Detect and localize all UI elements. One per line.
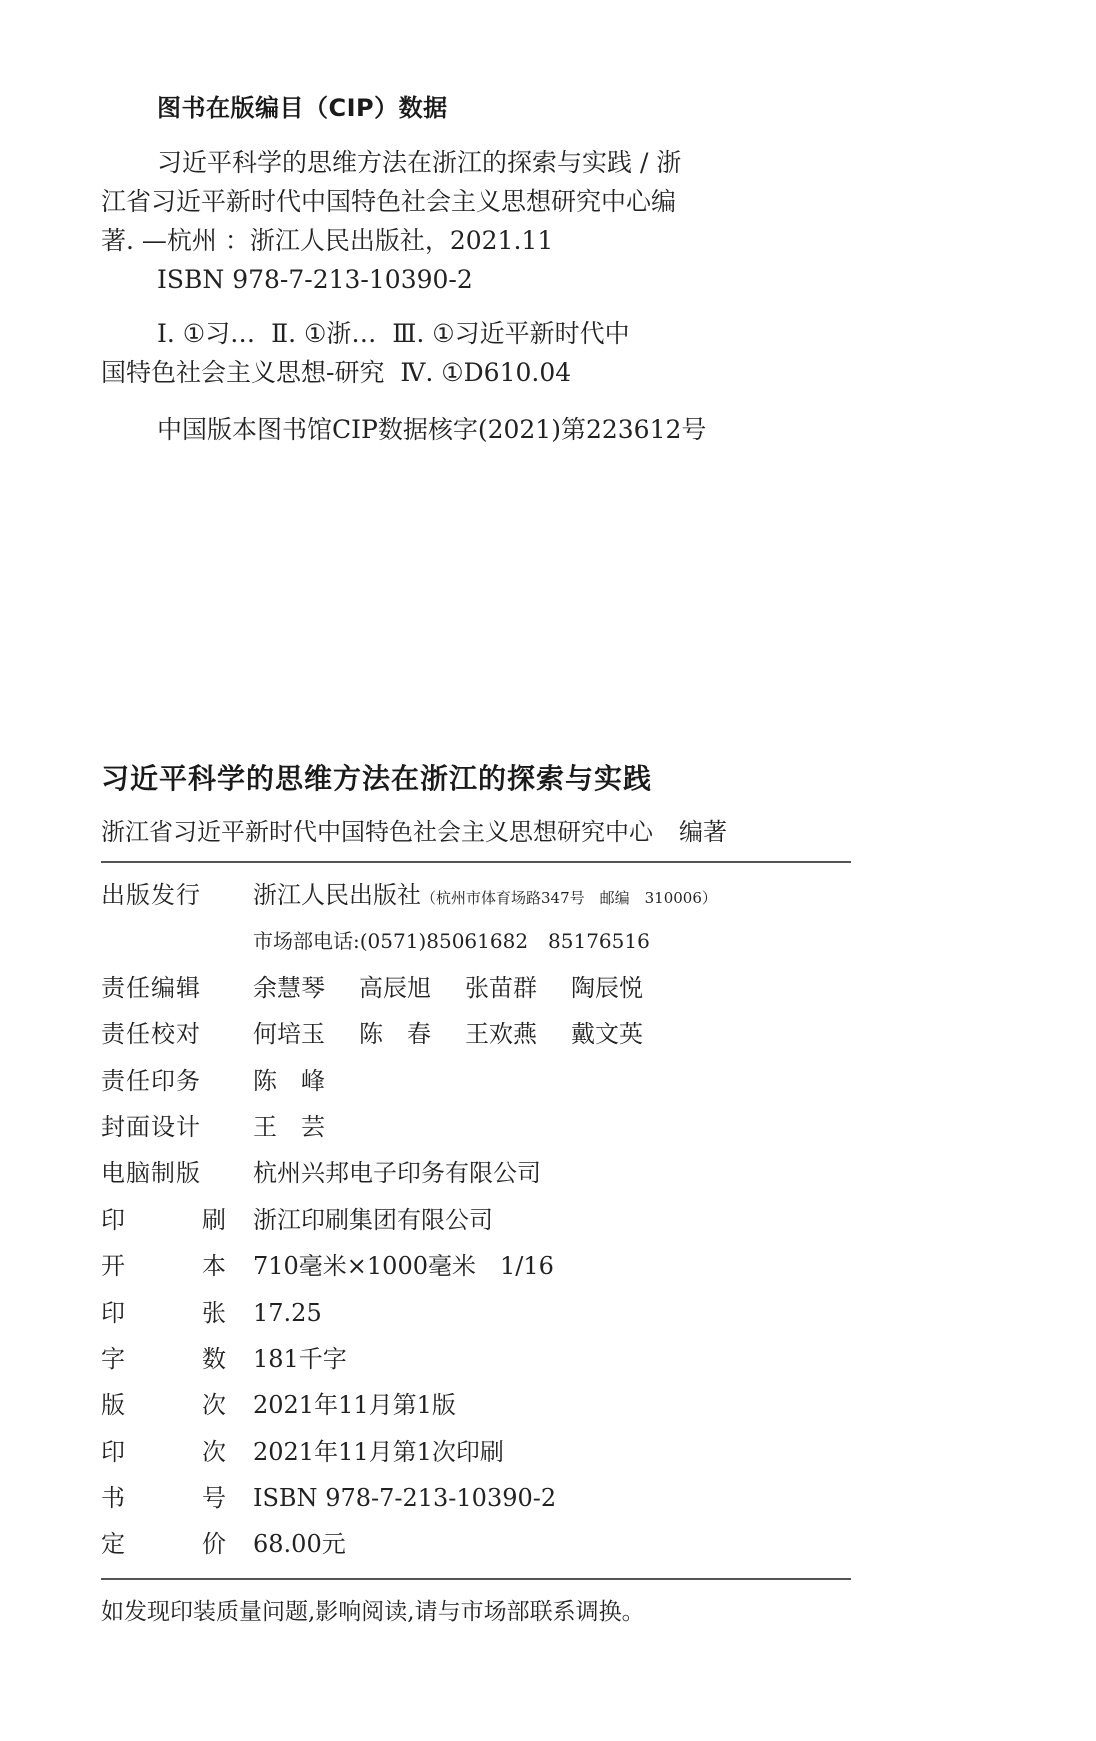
colophon-value: 浙江印刷集团有限公司 — [253, 1202, 493, 1238]
colophon-row-isbn: 书号 ISBN 978-7-213-10390-2 — [101, 1480, 851, 1526]
colophon-row-price: 定价 68.00元 — [101, 1526, 851, 1572]
proofreader-name: 何培玉 — [253, 1020, 325, 1048]
cip-author-line: 江省习近平新时代中国特色社会主义思想研究中心编 — [101, 182, 761, 221]
cip-heading: 图书在版编目（CIP）数据 — [157, 88, 448, 123]
label-char: 开 — [101, 1248, 125, 1284]
label-char: 印 — [101, 1295, 125, 1331]
label-char: 数 — [202, 1341, 226, 1377]
colophon-value: 181千字 — [253, 1341, 347, 1377]
colophon-value: 2021年11月第1次印刷 — [253, 1434, 504, 1470]
label-char: 印 — [101, 1202, 125, 1238]
cip-publisher-line: 著. —杭州 ：浙江人民出版社，2021.11 — [101, 221, 761, 260]
colophon-label: 责任编辑 — [101, 970, 226, 1006]
quality-notice: 如发现印装质量问题,影响阅读,请与市场部联系调换。 — [101, 1593, 645, 1626]
book-title: 习近平科学的思维方法在浙江的探索与实践 — [101, 757, 652, 797]
label-char: 张 — [202, 1295, 226, 1331]
format-fraction: 1/16 — [500, 1252, 554, 1280]
label-char: 字 — [101, 1341, 125, 1377]
cip-record-paragraph: 习近平科学的思维方法在浙江的探索与实践 / 浙 江省习近平新时代中国特色社会主义… — [101, 143, 761, 299]
editor-name: 张苗群 — [465, 974, 537, 1002]
colophon-row-proofreaders: 责任校对 何培玉陈 春王欢燕戴文英 — [101, 1016, 851, 1062]
book-author-role: 编著 — [679, 818, 727, 846]
proofreader-name: 戴文英 — [571, 1020, 643, 1048]
cip-isbn-line: ISBN 978-7-213-10390-2 — [101, 260, 761, 299]
label-char: 书 — [101, 1480, 125, 1516]
label-char: 号 — [202, 1480, 226, 1516]
publisher-address: （杭州市体育场路347号 邮编 310006） — [421, 889, 717, 907]
colophon-value: 68.00元 — [253, 1526, 346, 1562]
colophon-label: 封面设计 — [101, 1109, 226, 1145]
copyright-page: 图书在版编目（CIP）数据 习近平科学的思维方法在浙江的探索与实践 / 浙 江省… — [0, 0, 1096, 1741]
cip-title-line: 习近平科学的思维方法在浙江的探索与实践 / 浙 — [101, 143, 761, 182]
format-size: 710毫米×1000毫米 — [253, 1252, 476, 1280]
cip-subject-paragraph: Ⅰ. ①习… Ⅱ. ①浙… Ⅲ. ①习近平新时代中 国特色社会主义思想-研究 Ⅳ… — [101, 314, 761, 392]
colophon-value: 陈 峰 — [253, 1063, 325, 1099]
colophon-value: 余慧琴高辰旭张苗群陶辰悦 — [253, 970, 643, 1006]
colophon-label: 责任校对 — [101, 1016, 226, 1052]
label-char: 价 — [202, 1526, 226, 1562]
colophon-label: 开本 — [101, 1248, 226, 1284]
cip-subject-line-1: Ⅰ. ①习… Ⅱ. ①浙… Ⅲ. ①习近平新时代中 — [101, 314, 761, 353]
colophon-value: 杭州兴邦电子印务有限公司 — [253, 1155, 541, 1191]
colophon-row-phone: 市场部电话:(0571)85061682 85176516 — [101, 923, 851, 969]
colophon-value: ISBN 978-7-213-10390-2 — [253, 1480, 556, 1516]
book-author-line: 浙江省习近平新时代中国特色社会主义思想研究中心编著 — [101, 812, 727, 847]
cip-verification: 中国版本图书馆CIP数据核字(2021)第223612号 — [101, 410, 761, 449]
label-char: 次 — [202, 1434, 226, 1470]
label-char: 本 — [202, 1248, 226, 1284]
colophon-row-word-count: 字数 181千字 — [101, 1341, 851, 1387]
colophon-label: 责任印务 — [101, 1063, 226, 1099]
colophon-row-impression: 印次 2021年11月第1次印刷 — [101, 1434, 851, 1480]
editor-name: 高辰旭 — [359, 974, 431, 1002]
label-char: 印 — [101, 1434, 125, 1470]
colophon-label: 字数 — [101, 1341, 226, 1377]
cip-verification-line: 中国版本图书馆CIP数据核字(2021)第223612号 — [101, 410, 761, 449]
book-author: 浙江省习近平新时代中国特色社会主义思想研究中心 — [101, 818, 653, 846]
colophon-label: 书号 — [101, 1480, 226, 1516]
editor-name: 陶辰悦 — [571, 974, 643, 1002]
publisher-name: 浙江人民出版社 — [253, 881, 421, 909]
colophon-value: 17.25 — [253, 1295, 322, 1331]
colophon-row-sheets: 印张 17.25 — [101, 1295, 851, 1341]
colophon-row-edition: 版次 2021年11月第1版 — [101, 1387, 851, 1433]
colophon-value: 710毫米×1000毫米1/16 — [253, 1248, 554, 1284]
colophon-label: 电脑制版 — [101, 1155, 226, 1191]
colophon-value: 浙江人民出版社（杭州市体育场路347号 邮编 310006） — [253, 877, 717, 916]
colophon-label: 定价 — [101, 1526, 226, 1562]
colophon-label: 印次 — [101, 1434, 226, 1470]
colophon-label: 印张 — [101, 1295, 226, 1331]
proofreader-name: 王欢燕 — [465, 1020, 537, 1048]
bottom-divider — [101, 1578, 851, 1580]
colophon-table: 出版发行 浙江人民出版社（杭州市体育场路347号 邮编 310006） 市场部电… — [101, 877, 851, 1573]
label-char: 次 — [202, 1387, 226, 1423]
editor-name: 余慧琴 — [253, 974, 325, 1002]
colophon-row-editors: 责任编辑 余慧琴高辰旭张苗群陶辰悦 — [101, 970, 851, 1016]
colophon-row-print-supervisor: 责任印务 陈 峰 — [101, 1063, 851, 1109]
label-char: 刷 — [202, 1202, 226, 1238]
label-char: 版 — [101, 1387, 125, 1423]
colophon-label: 版次 — [101, 1387, 226, 1423]
colophon-row-cover-design: 封面设计 王 芸 — [101, 1109, 851, 1155]
proofreader-name: 陈 春 — [359, 1020, 431, 1048]
colophon-row-printing: 印刷 浙江印刷集团有限公司 — [101, 1202, 851, 1248]
colophon-value: 何培玉陈 春王欢燕戴文英 — [253, 1016, 643, 1052]
label-char: 定 — [101, 1526, 125, 1562]
publisher-phone: 市场部电话:(0571)85061682 85176516 — [253, 923, 650, 959]
cip-subject-line-2: 国特色社会主义思想-研究 Ⅳ. ①D610.04 — [101, 353, 761, 392]
colophon-label: 印刷 — [101, 1202, 226, 1238]
colophon-label: 出版发行 — [101, 877, 226, 913]
top-divider — [101, 861, 851, 863]
colophon-row-format: 开本 710毫米×1000毫米1/16 — [101, 1248, 851, 1294]
colophon-row-typesetting: 电脑制版 杭州兴邦电子印务有限公司 — [101, 1155, 851, 1201]
colophon-value: 王 芸 — [253, 1109, 325, 1145]
colophon-row-publisher: 出版发行 浙江人民出版社（杭州市体育场路347号 邮编 310006） — [101, 877, 851, 923]
colophon-value: 2021年11月第1版 — [253, 1387, 456, 1423]
